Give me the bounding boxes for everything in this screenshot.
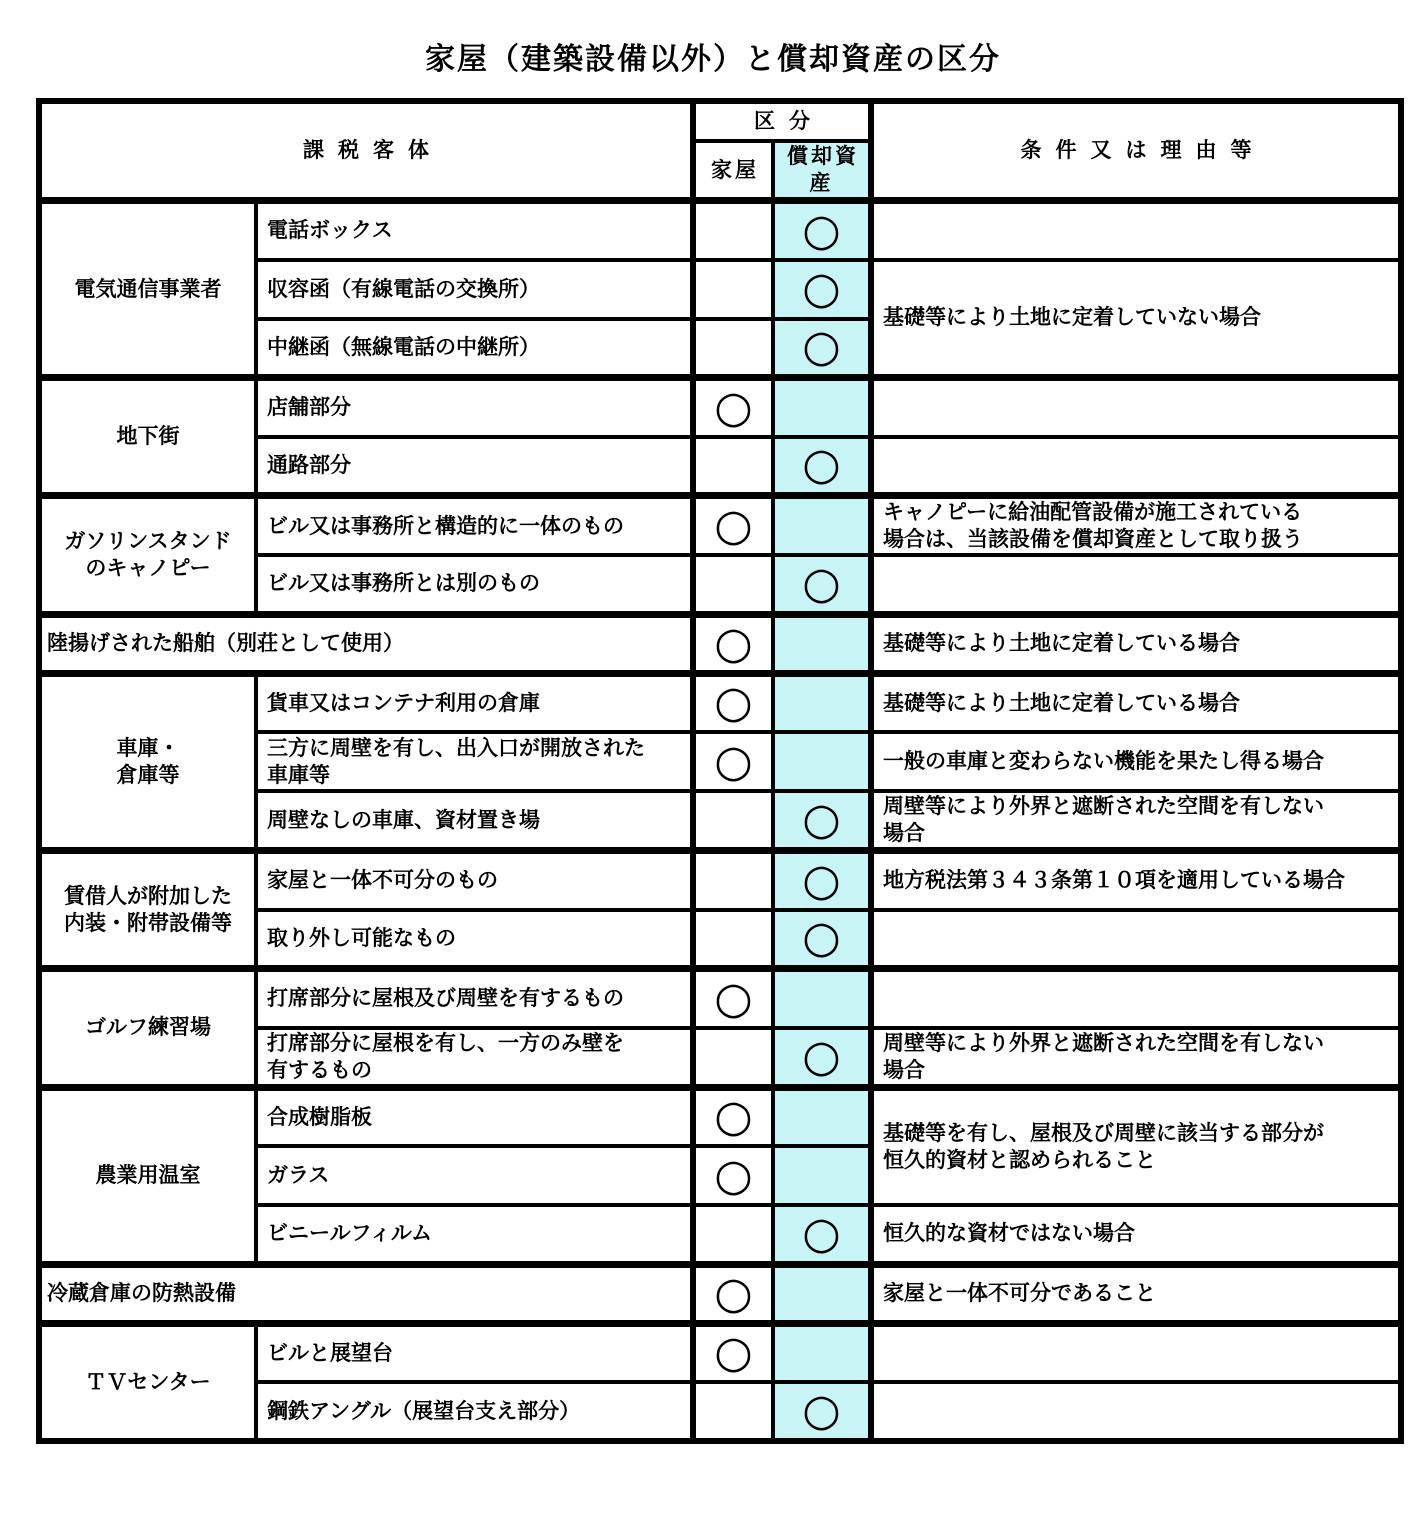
house-mark-cell: ○ (693, 1264, 773, 1323)
condition-cell: 一般の車庫と変わらない機能を果たし得る場合 (871, 732, 1401, 791)
item-cell: 陸揚げされた船舶（別荘として使用） (39, 614, 693, 673)
category-cell: 地下街 (39, 378, 256, 496)
depreciable-mark-cell: ○ (773, 1382, 871, 1441)
category-cell: ガソリンスタンド のキャノピー (39, 496, 256, 615)
table-row: ＴＶセンター ビルと展望台 ○ (39, 1323, 1401, 1382)
depreciable-mark-cell (773, 1087, 871, 1146)
house-mark-cell (693, 791, 773, 851)
item-cell: 通路部分 (256, 437, 693, 496)
table-row: 農業用温室 合成樹脂板 ○ 基礎等を有し、屋根及び周壁に該当する部分が 恒久的資… (39, 1087, 1401, 1146)
item-cell: 中継函（無線電話の中継所） (256, 319, 693, 378)
house-mark-cell: ○ (693, 673, 773, 732)
item-cell: ビル又は事務所とは別のもの (256, 555, 693, 614)
depreciable-mark-cell (773, 614, 871, 673)
house-mark-cell: ○ (693, 1323, 773, 1382)
condition-cell (871, 378, 1401, 437)
house-mark-cell (693, 260, 773, 319)
table-row: 賃借人が附加した 内装・附帯設備等 家屋と一体不可分のもの ○ 地方税法第３４３… (39, 851, 1401, 910)
classification-table: 課税客体 区分 条件又は理由等 家屋 償却資産 電気通信事業者 電話ボックス ○… (36, 98, 1404, 1444)
house-mark-cell: ○ (693, 496, 773, 556)
table-row: 車庫・ 倉庫等 貨車又はコンテナ利用の倉庫 ○ 基礎等により土地に定着している場… (39, 673, 1401, 732)
depreciable-mark-cell: ○ (773, 851, 871, 910)
table-row: ゴルフ練習場 打席部分に屋根及び周壁を有するもの ○ (39, 969, 1401, 1028)
item-cell: ビニールフィルム (256, 1205, 693, 1264)
item-cell: 冷蔵倉庫の防熱設備 (39, 1264, 693, 1323)
category-cell: 農業用温室 (39, 1087, 256, 1264)
house-mark-cell: ○ (693, 378, 773, 437)
depreciable-mark-cell (773, 1264, 871, 1323)
table-row: 電気通信事業者 電話ボックス ○ (39, 201, 1401, 260)
depreciable-mark-cell: ○ (773, 319, 871, 378)
condition-cell: 基礎等により土地に定着している場合 (871, 673, 1401, 732)
house-mark-cell: ○ (693, 1146, 773, 1205)
house-mark-cell: ○ (693, 1087, 773, 1146)
table-row: ガソリンスタンド のキャノピー ビル又は事務所と構造的に一体のもの ○ キャノピ… (39, 496, 1401, 556)
condition-cell: 家屋と一体不可分であること (871, 1264, 1401, 1323)
item-cell: 打席部分に屋根及び周壁を有するもの (256, 969, 693, 1028)
header-depreciable-asset: 償却資産 (773, 141, 871, 201)
house-mark-cell (693, 437, 773, 496)
condition-cell (871, 555, 1401, 614)
item-cell: 周壁なしの車庫、資材置き場 (256, 791, 693, 851)
depreciable-mark-cell (773, 1323, 871, 1382)
condition-cell: 周壁等により外界と遮断された空間を有しない 場合 (871, 1028, 1401, 1088)
condition-cell: 基礎等により土地に定着している場合 (871, 614, 1401, 673)
depreciable-mark-cell: ○ (773, 791, 871, 851)
house-mark-cell (693, 851, 773, 910)
depreciable-mark-cell (773, 496, 871, 556)
item-cell: 電話ボックス (256, 201, 693, 260)
condition-cell (871, 969, 1401, 1028)
depreciable-mark-cell: ○ (773, 260, 871, 319)
header-classification: 区分 (693, 101, 871, 141)
depreciable-mark-cell (773, 1146, 871, 1205)
item-cell: 店舗部分 (256, 378, 693, 437)
house-mark-cell (693, 201, 773, 260)
depreciable-mark-cell: ○ (773, 1205, 871, 1264)
item-cell: ガラス (256, 1146, 693, 1205)
house-mark-cell (693, 1205, 773, 1264)
house-mark-cell (693, 319, 773, 378)
item-cell: 打席部分に屋根を有し、一方のみ壁を 有するもの (256, 1028, 693, 1088)
condition-cell: 地方税法第３４３条第１０項を適用している場合 (871, 851, 1401, 910)
depreciable-mark-cell (773, 969, 871, 1028)
depreciable-mark-cell (773, 732, 871, 791)
item-cell: 家屋と一体不可分のもの (256, 851, 693, 910)
condition-cell: 恒久的な資材ではない場合 (871, 1205, 1401, 1264)
header-row: 課税客体 区分 条件又は理由等 (39, 101, 1401, 141)
document-page: { "title": "家屋（建築設備以外）と償却資産の区分", "header… (0, 34, 1426, 1515)
item-cell: 三方に周壁を有し、出入口が開放された 車庫等 (256, 732, 693, 791)
condition-cell (871, 1323, 1401, 1382)
header-taxable-object: 課税客体 (39, 101, 693, 201)
category-cell: 電気通信事業者 (39, 201, 256, 378)
house-mark-cell (693, 555, 773, 614)
depreciable-mark-cell (773, 673, 871, 732)
table-row: 地下街 店舗部分 ○ (39, 378, 1401, 437)
house-mark-cell: ○ (693, 732, 773, 791)
condition-cell (871, 910, 1401, 969)
house-mark-cell (693, 1028, 773, 1088)
condition-cell: 基礎等により土地に定着していない場合 (871, 260, 1401, 378)
page-title: 家屋（建築設備以外）と償却資産の区分 (0, 34, 1426, 78)
item-cell: 鋼鉄アングル（展望台支え部分） (256, 1382, 693, 1441)
category-cell: ＴＶセンター (39, 1323, 256, 1441)
item-cell: ビルと展望台 (256, 1323, 693, 1382)
depreciable-mark-cell (773, 378, 871, 437)
item-cell: ビル又は事務所と構造的に一体のもの (256, 496, 693, 556)
header-house: 家屋 (693, 141, 773, 201)
depreciable-mark-cell: ○ (773, 437, 871, 496)
house-mark-cell (693, 910, 773, 969)
condition-cell: キャノピーに給油配管設備が施工されている 場合は、当該設備を償却資産として取り扱… (871, 496, 1401, 556)
item-cell: 取り外し可能なもの (256, 910, 693, 969)
header-condition: 条件又は理由等 (871, 101, 1401, 201)
condition-cell: 周壁等により外界と遮断された空間を有しない 場合 (871, 791, 1401, 851)
house-mark-cell: ○ (693, 969, 773, 1028)
depreciable-mark-cell: ○ (773, 1028, 871, 1088)
condition-cell (871, 201, 1401, 260)
depreciable-mark-cell: ○ (773, 201, 871, 260)
item-cell: 収容函（有線電話の交換所） (256, 260, 693, 319)
condition-cell: 基礎等を有し、屋根及び周壁に該当する部分が 恒久的資材と認められること (871, 1087, 1401, 1205)
category-cell: 車庫・ 倉庫等 (39, 673, 256, 851)
house-mark-cell: ○ (693, 614, 773, 673)
table-row: 陸揚げされた船舶（別荘として使用） ○ 基礎等により土地に定着している場合 (39, 614, 1401, 673)
house-mark-cell (693, 1382, 773, 1441)
item-cell: 合成樹脂板 (256, 1087, 693, 1146)
depreciable-mark-cell: ○ (773, 910, 871, 969)
category-cell: 賃借人が附加した 内装・附帯設備等 (39, 851, 256, 969)
condition-cell (871, 1382, 1401, 1441)
category-cell: ゴルフ練習場 (39, 969, 256, 1088)
depreciable-mark-cell: ○ (773, 555, 871, 614)
item-cell: 貨車又はコンテナ利用の倉庫 (256, 673, 693, 732)
condition-cell (871, 437, 1401, 496)
table-row: 冷蔵倉庫の防熱設備 ○ 家屋と一体不可分であること (39, 1264, 1401, 1323)
